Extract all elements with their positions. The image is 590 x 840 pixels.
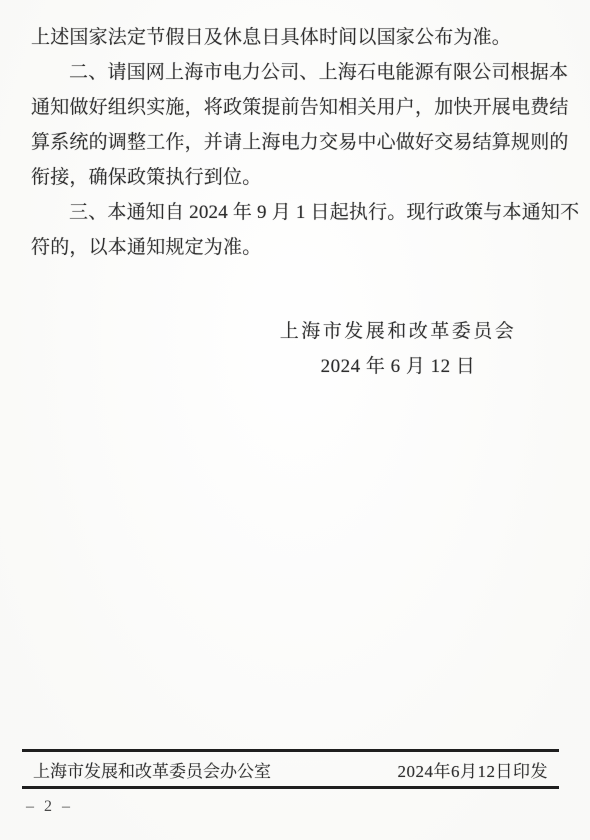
body-line-item-three: 三、本通知自 2024 年 9 月 1 日起执行。现行政策与本通知不 <box>31 195 571 230</box>
signature-date: 2024 年 6 月 12 日 <box>258 349 538 384</box>
body-line: 算系统的调整工作，并请上海电力交易中心做好交易结算规则的 <box>31 125 571 160</box>
scanned-document-page: 上述国家法定节假日及休息日具体时间以国家公布为准。 二、请国网上海市电力公司、上… <box>0 0 590 840</box>
body-line: 衔接，确保政策执行到位。 <box>31 160 571 195</box>
footer-divider-top <box>22 749 559 752</box>
document-body: 上述国家法定节假日及休息日具体时间以国家公布为准。 二、请国网上海市电力公司、上… <box>31 20 571 265</box>
footer-print-date: 2024年6月12日印发 <box>398 757 549 782</box>
body-line: 上述国家法定节假日及休息日具体时间以国家公布为准。 <box>31 20 571 55</box>
signature-block: 上海市发展和改革委员会 2024 年 6 月 12 日 <box>258 314 538 384</box>
page-number: – 2 – <box>26 798 73 816</box>
footer-office-name: 上海市发展和改革委员会办公室 <box>33 757 271 782</box>
footer-divider-bottom <box>22 786 559 789</box>
body-line: 符的，以本通知规定为准。 <box>31 230 571 265</box>
footer: 上海市发展和改革委员会办公室 2024年6月12日印发 <box>22 757 559 781</box>
signature-issuer: 上海市发展和改革委员会 <box>258 314 538 349</box>
body-line-item-two: 二、请国网上海市电力公司、上海石电能源有限公司根据本 <box>31 55 571 90</box>
body-line: 通知做好组织实施，将政策提前告知相关用户，加快开展电费结 <box>31 90 571 125</box>
